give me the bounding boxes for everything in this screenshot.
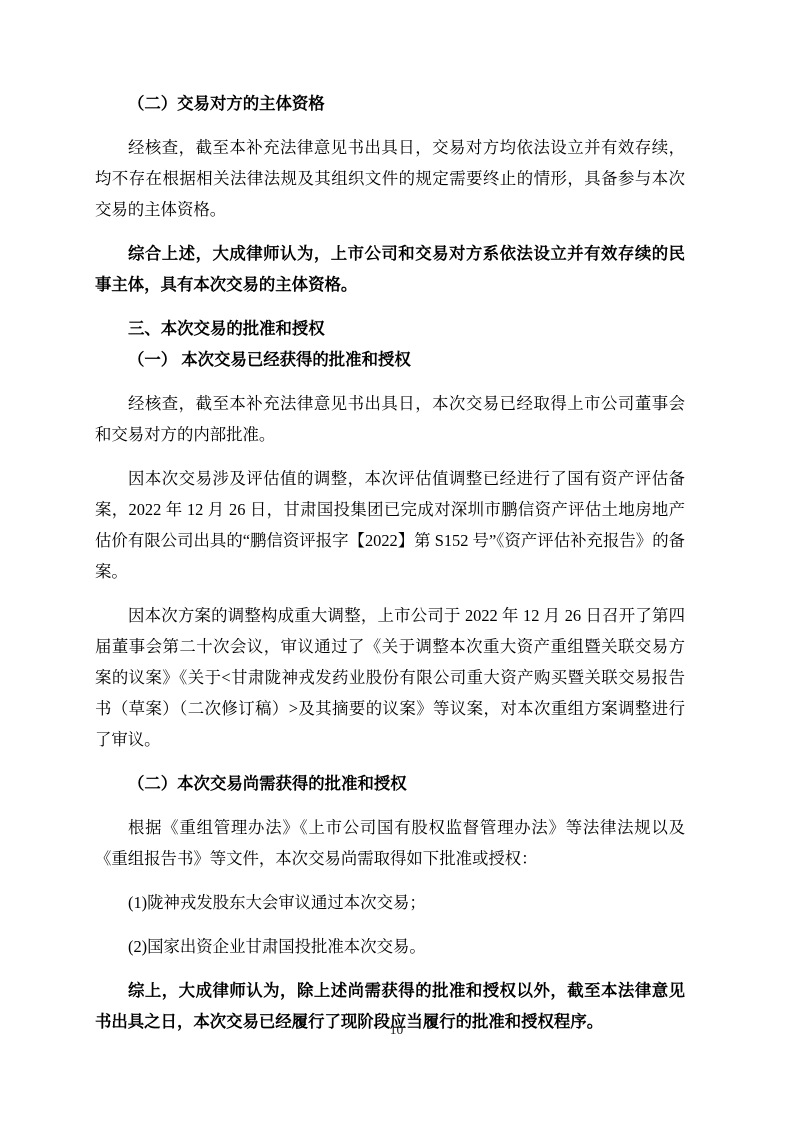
section-heading-obtained-approvals: （一） 本次交易已经获得的批准和授权 xyxy=(95,344,685,375)
paragraph-required-approvals-intro: 根据《重组管理办法》《上市公司国有股权监督管理办法》等法律法规以及《重组报告书》… xyxy=(95,812,685,874)
conclusion-paragraph-subject-qualification: 综合上述，大成律师认为，上市公司和交易对方系依法设立并有效存续的民事主体，具有本… xyxy=(95,238,685,300)
paragraph-board-meeting: 因本次方案的调整构成重大调整，上市公司于 2022 年 12 月 26 日召开了… xyxy=(95,600,685,755)
paragraph-internal-approval: 经核查，截至本补充法律意见书出具日，本次交易已经取得上市公司董事会和交易对方的内… xyxy=(95,388,685,450)
paragraph-verification-counterparty: 经核查，截至本补充法律意见书出具日，交易对方均依法设立并有效存续，均不存在根据相… xyxy=(95,132,685,225)
list-item-state-enterprise-approval: (2)国家出资企业甘肃国投批准本次交易。 xyxy=(95,931,685,962)
section-heading-pending-approvals: （二）本次交易尚需获得的批准和授权 xyxy=(95,768,685,799)
document-page: （二）交易对方的主体资格 经核查，截至本补充法律意见书出具日，交易对方均依法设立… xyxy=(0,0,793,1122)
section-heading-approval-authorization: 三、本次交易的批准和授权 xyxy=(95,313,685,344)
document-content: （二）交易对方的主体资格 经核查，截至本补充法律意见书出具日，交易对方均依法设立… xyxy=(95,88,685,1050)
section-heading-counterparty-qualification: （二）交易对方的主体资格 xyxy=(95,88,685,119)
list-item-shareholder-approval: (1)陇神戎发股东大会审议通过本次交易； xyxy=(95,887,685,918)
page-number: 10 xyxy=(0,1022,793,1038)
paragraph-valuation-filing: 因本次交易涉及评估值的调整，本次评估值调整已经进行了国有资产评估备案，2022 … xyxy=(95,463,685,587)
